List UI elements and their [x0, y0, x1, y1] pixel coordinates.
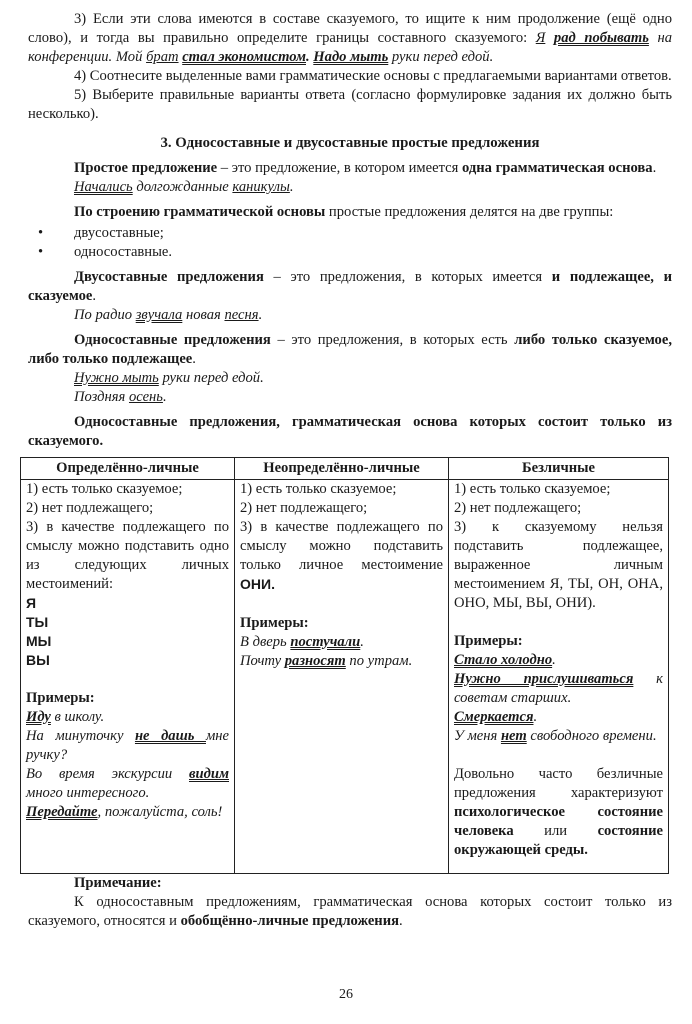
structure-classification: По строению грамматической основы просты… [28, 203, 672, 222]
page-number: 26 [0, 985, 692, 1004]
column-header: Безличные [449, 458, 669, 480]
instruction-step-5: 5) Выберите правильные варианты ответа (… [28, 86, 672, 124]
example-subject: брат [146, 49, 178, 65]
simple-sentence-example: Начались долгожданные каникулы. [28, 178, 672, 197]
list-item: односоставные. [28, 243, 672, 262]
impersonal-cell: 1) есть только сказуемое; 2) нет подлежа… [449, 480, 669, 874]
table-heading: Односоставные предложения, грамматическа… [28, 413, 672, 451]
list-item: двусоставные; [28, 224, 672, 243]
two-part-definition: Двусоставные предложения – это предложен… [28, 268, 672, 306]
one-part-example: Поздняя осень. [28, 388, 672, 407]
example-subject: Я [536, 30, 546, 46]
note-text: К односоставным предложениям, грамматиче… [28, 893, 672, 931]
column-header: Определённо-личные [21, 458, 235, 480]
section-title: 3. Односоставные и двусоставные простые … [28, 134, 672, 153]
document-page: 3) Если эти слова имеются в составе сказ… [28, 10, 672, 931]
example-predicate: рад побывать [554, 30, 649, 46]
definite-personal-cell: 1) есть только сказуемое; 2) нет подлежа… [21, 480, 235, 874]
impersonal-note: Довольно часто безличные предложения хар… [454, 765, 663, 860]
simple-sentence-definition: Простое предложение – это предложение, в… [28, 159, 672, 178]
two-part-example: По радио звучала новая песня. [28, 306, 672, 325]
note-label: Примечание: [28, 874, 672, 893]
example-predicate: Надо мыть [313, 49, 388, 65]
sentence-groups-list: двусоставные; односоставные. [28, 224, 672, 262]
column-header: Неопределённо-личные [235, 458, 449, 480]
instruction-step-4: 4) Соотнесите выделенные вами грамматиче… [28, 67, 672, 86]
one-part-example: Нужно мыть руки перед едой. [28, 369, 672, 388]
example-predicate: стал экономистом [182, 49, 306, 65]
one-part-definition: Односоставные предложения – это предложе… [28, 331, 672, 369]
indefinite-personal-cell: 1) есть только сказуемое; 2) нет подлежа… [235, 480, 449, 874]
instruction-step-3: 3) Если эти слова имеются в составе сказ… [28, 10, 672, 67]
one-part-types-table: Определённо-личные Неопределённо-личные … [20, 457, 669, 874]
